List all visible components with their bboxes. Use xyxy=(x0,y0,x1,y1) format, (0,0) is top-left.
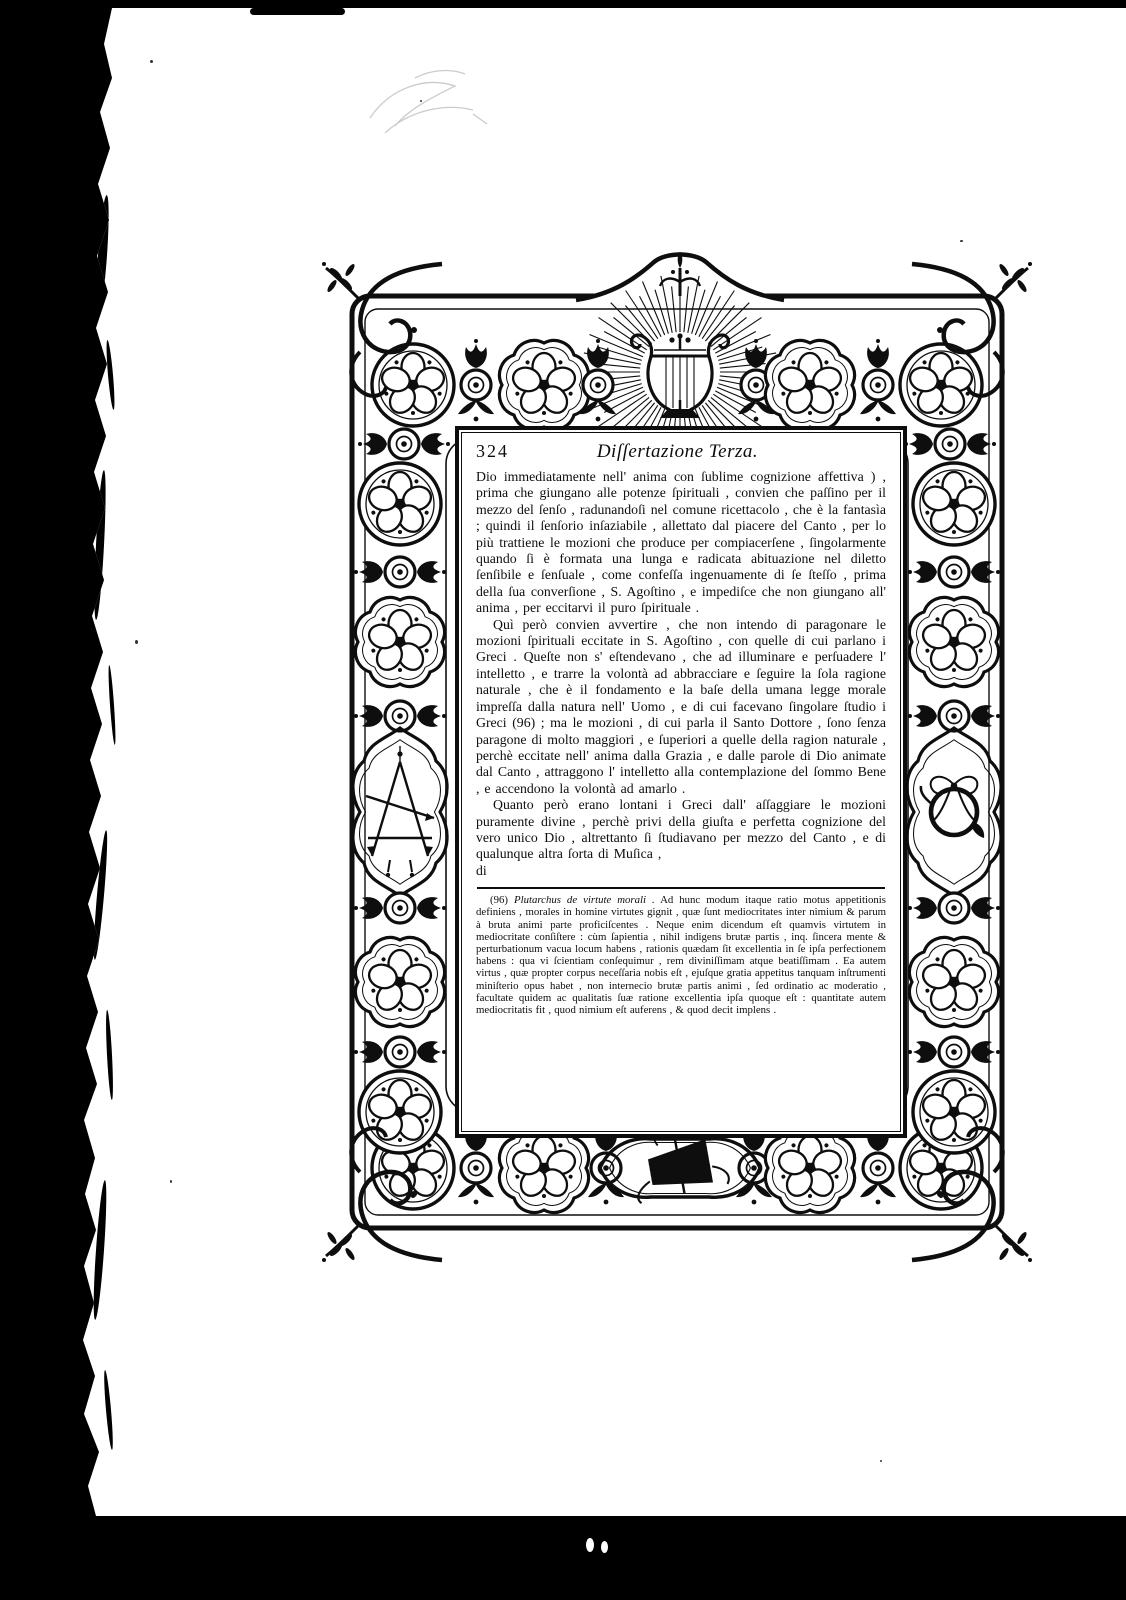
running-title: Diſſertazione Terza. xyxy=(509,441,886,463)
torn-edge-streak xyxy=(107,665,117,745)
torn-edge-streak xyxy=(91,830,109,960)
scan-surface: { "document": { "page_number": "324", "r… xyxy=(0,0,1126,1600)
footnote-text: Ad hunc modum itaque ratio motus appetit… xyxy=(476,894,886,1016)
torn-edge-streak xyxy=(105,340,116,410)
arrow-trophy-icon xyxy=(366,746,434,877)
ink-speck xyxy=(150,60,153,63)
footnote: (96) Plutarchus de virtute morali . Ad h… xyxy=(476,894,886,1016)
page-header: 324 Diſſertazione Terza. xyxy=(476,441,886,463)
paragraph: Dio immediatamente nell' anima con ſubli… xyxy=(476,469,886,617)
catchword: di xyxy=(476,863,886,879)
torn-edge-streak xyxy=(91,1180,109,1320)
scanner-dot xyxy=(586,1538,594,1552)
hunting-horn-icon xyxy=(921,777,984,838)
paragraph: Quì però convien avvertire , che non int… xyxy=(476,617,886,797)
ink-speck xyxy=(880,1460,882,1462)
scanner-dot xyxy=(601,1541,608,1553)
page-number: 324 xyxy=(476,441,509,462)
torn-edge-streak xyxy=(94,195,111,315)
ink-speck xyxy=(170,1180,172,1183)
pencil-scribble xyxy=(355,48,535,178)
torn-edge-streak xyxy=(103,1370,115,1450)
paragraph: Quanto però erano lontani i Greci dall' … xyxy=(476,797,886,863)
footnote-rule xyxy=(477,887,885,889)
text-frame: 324 Diſſertazione Terza. Dio immediatame… xyxy=(455,426,907,1138)
ink-speck xyxy=(135,640,138,644)
footnote-citation: Plutarchus de virtute morali . xyxy=(514,894,655,906)
scan-artifact xyxy=(250,8,345,15)
torn-edge-streak xyxy=(92,470,108,620)
ink-speck xyxy=(960,240,963,242)
body-text: Dio immediatamente nell' anima con ſubli… xyxy=(476,469,886,879)
torn-edge-streak xyxy=(105,1010,115,1100)
text-frame-inner: 324 Diſſertazione Terza. Dio immediatame… xyxy=(461,432,901,1132)
ink-speck xyxy=(420,100,422,102)
footnote-ref: (96) xyxy=(490,894,508,906)
